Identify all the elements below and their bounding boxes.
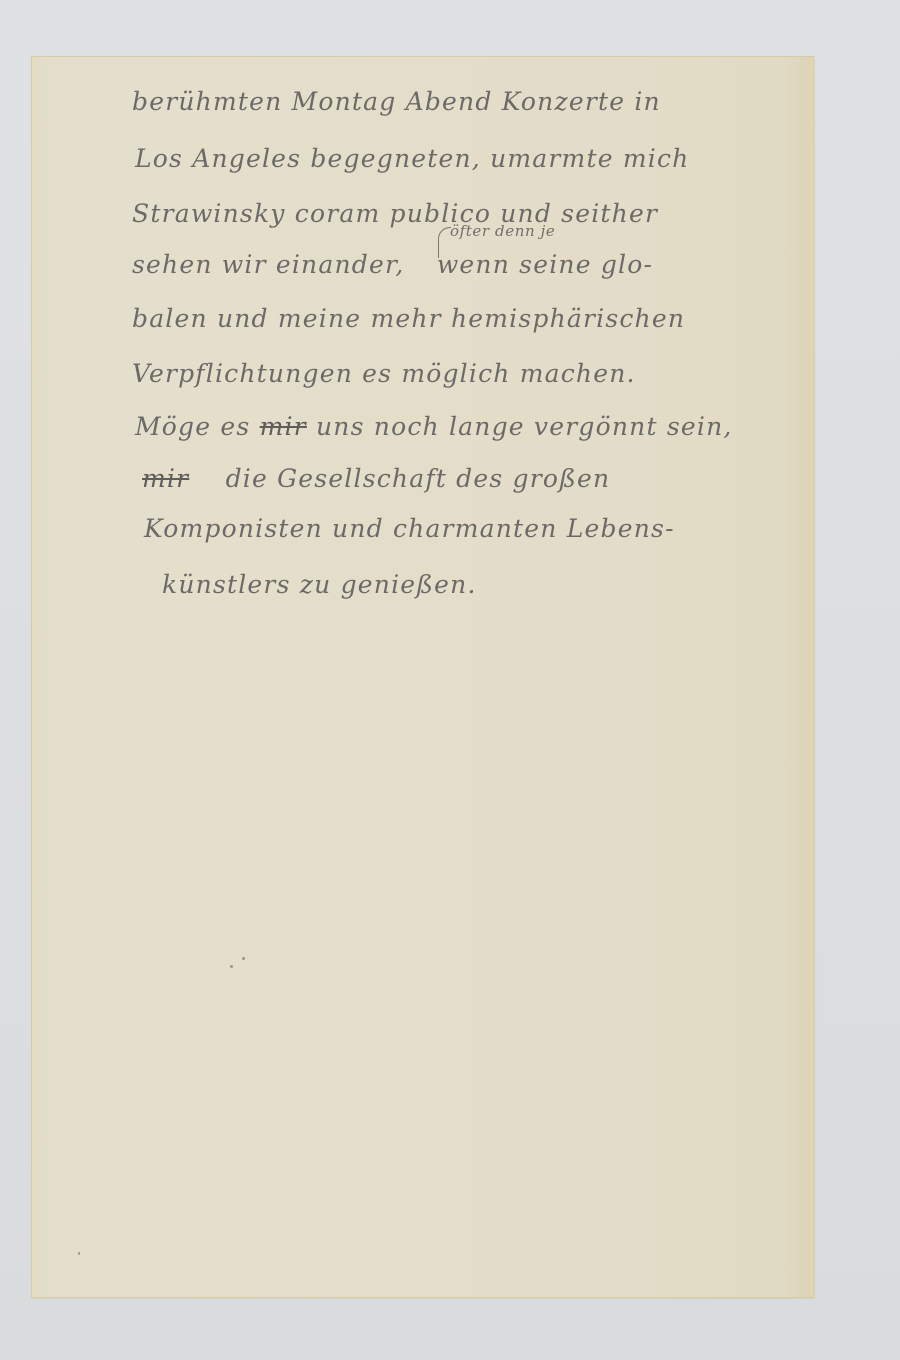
manuscript-page: berühmten Montag Abend Konzerte in Los A… xyxy=(32,57,813,1297)
paper-speck xyxy=(230,965,233,968)
struck-word: mir xyxy=(260,412,307,441)
text-line-2: Los Angeles begegneten, umarmte mich xyxy=(135,139,689,179)
paper-speck xyxy=(242,957,245,960)
text-line-9: Komponisten und charmanten Lebens- xyxy=(144,509,675,549)
text-line-8: mir die Gesellschaft des großen xyxy=(142,459,610,499)
text-line-10: künstlers zu genießen. xyxy=(162,565,477,605)
interlinear-insertion: öfter denn je xyxy=(450,222,555,240)
text-line-1: berühmten Montag Abend Konzerte in xyxy=(132,82,661,122)
text-line-5: balen und meine mehr hemisphärischen xyxy=(132,299,685,339)
text-line-3: Strawinsky coram publico und seither xyxy=(132,194,658,234)
paper-speck xyxy=(78,1252,80,1255)
text-line-7: Möge es mir uns noch lange vergönnt sein… xyxy=(135,407,733,447)
text-line-4: sehen wir einander, wenn seine glo- xyxy=(132,245,653,285)
struck-word: mir xyxy=(142,464,189,493)
text-line-6: Verpflichtungen es möglich machen. xyxy=(132,354,636,394)
